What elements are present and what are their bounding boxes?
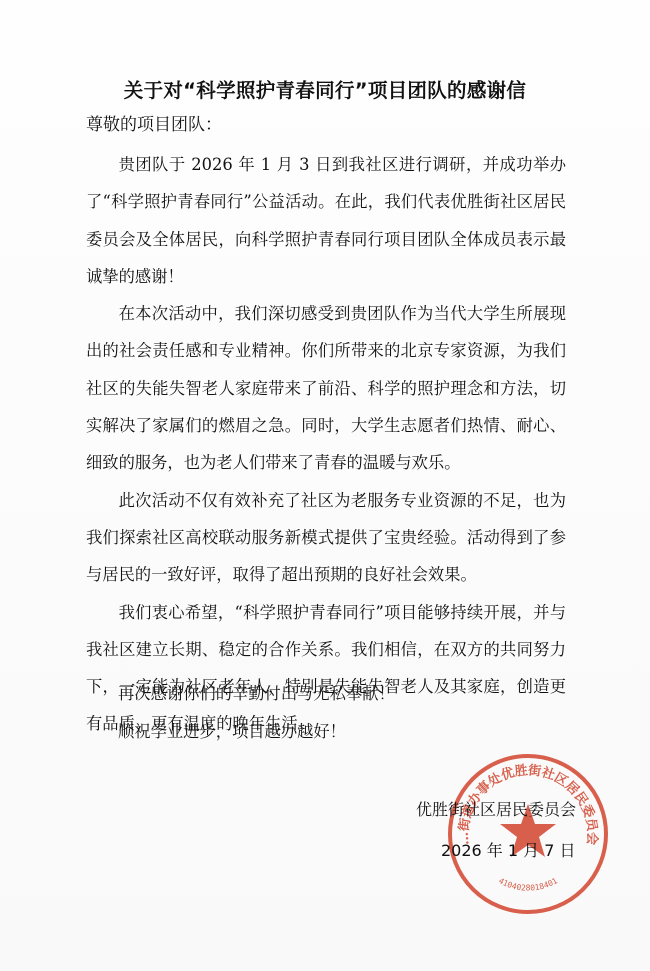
closing-line: 顺祝学业进步，项目越办越好！ [118, 718, 346, 742]
paragraph: 此次活动不仅有效补充了社区为老服务专业资源的不足，也为我们探索社区高校联动服务新… [86, 482, 566, 594]
salutation: 尊敬的项目团队： [86, 110, 222, 135]
official-seal: …街道办事处优胜街社区居民委员会 4104028018401 [446, 752, 610, 916]
letter-page: 关于对“科学照护青春同行”项目团队的感谢信 尊敬的项目团队： 贵团队于 2026… [0, 0, 650, 971]
paragraph: 贵团队于 2026 年 1 月 3 日到我社区进行调研，并成功举办了“科学照护青… [86, 146, 566, 295]
seal-code: 4104028018401 [497, 876, 559, 893]
letter-body: 贵团队于 2026 年 1 月 3 日到我社区进行调研，并成功举办了“科学照护青… [86, 146, 566, 743]
signature: 优胜街社区居民委员会 [416, 797, 576, 820]
letter-title: 关于对“科学照护青春同行”项目团队的感谢信 [0, 75, 650, 103]
signature-date: 2026 年 1 月 7 日 [441, 838, 576, 861]
paragraph: 在本次活动中，我们深切感受到贵团队作为当代大学生所展现出的社会责任感和专业精神。… [86, 295, 566, 481]
closing-line: 再次感谢你们的辛勤付出与无私奉献！ [118, 680, 395, 704]
